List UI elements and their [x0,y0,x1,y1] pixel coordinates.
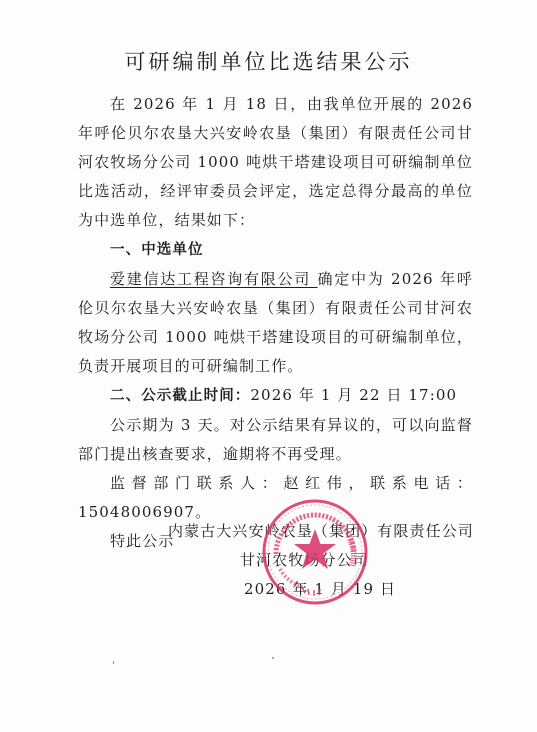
document-body: 在 2026 年 1 月 18 日，由我单位开展的 2026 年呼伦贝尔农垦大兴… [78,90,473,556]
scan-speck [113,661,114,664]
section1-heading: 一、中选单位 [78,235,473,265]
section1-paragraph: 爱建信达工程咨询有限公司 确定中为 2026 年呼伦贝尔农垦大兴安岭农垦（集团）… [78,265,473,381]
deadline-text: 2026 年 1 月 22 日 17:00 [250,386,457,404]
section1-heading-text: 一、中选单位 [110,242,204,258]
signature-org-line1: 内蒙古大兴安岭农垦（集团）有限责任公司 [168,520,474,541]
signature-org-line2: 甘河农牧场分公司 [240,549,369,570]
document-page: 可研编制单位比选结果公示 在 2026 年 1 月 18 日，由我单位开展的 2… [0,0,537,732]
period-paragraph: 公示期为 3 天。对公示结果有异议的，可以向监督部门提出核查要求，逾期将不再受理… [78,411,473,469]
winner-name: 爱建信达工程咨询有限公司 [110,270,318,288]
scan-speck [272,657,274,659]
signature-date: 2026 年 1 月 19 日 [244,578,396,599]
document-title: 可研编制单位比选结果公示 [0,46,537,76]
section2-heading: 二、公示截止时间：2026 年 1 月 22 日 17:00 [78,381,473,411]
section2-heading-text: 二、公示截止时间： [110,388,250,404]
contact-paragraph: 监督部门联系人：赵红伟，联系电话：15048006907。 [78,469,473,527]
intro-paragraph: 在 2026 年 1 月 18 日，由我单位开展的 2026 年呼伦贝尔农垦大兴… [78,90,473,235]
